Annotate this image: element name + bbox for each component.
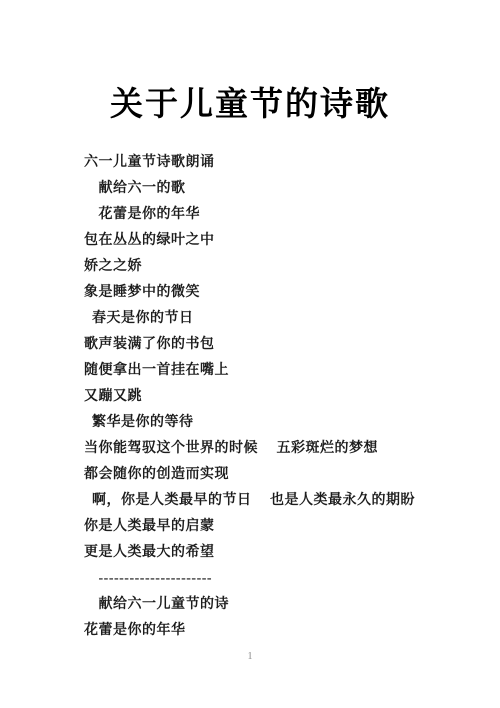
poem-line: 更是人类最大的希望 bbox=[84, 540, 480, 566]
page-title: 关于儿童节的诗歌 bbox=[0, 0, 500, 126]
poem-line: 象是睡梦中的微笑 bbox=[84, 280, 480, 306]
poem-line: 歌声装满了你的书包 bbox=[84, 332, 480, 358]
poem-line: 又蹦又跳 bbox=[84, 384, 480, 410]
page-number: 1 bbox=[0, 650, 500, 664]
poem-line: 娇之之娇 bbox=[84, 254, 480, 280]
poem-line: 献给六一的歌 bbox=[84, 176, 480, 202]
poem-line: 六一儿童节诗歌朗诵 bbox=[84, 150, 480, 176]
poem-line: 啊，你是人类最早的节日 也是人类最永久的期盼 bbox=[84, 488, 480, 514]
poem-line: 包在丛丛的绿叶之中 bbox=[84, 228, 480, 254]
poem-line: 当你能驾驭这个世界的时候 五彩斑烂的梦想 bbox=[84, 436, 480, 462]
poem-line: 繁华是你的等待 bbox=[84, 410, 480, 436]
poem-line: 春天是你的节日 bbox=[84, 306, 480, 332]
poem-line: 花蕾是你的年华 bbox=[84, 202, 480, 228]
poem-separator-dashes: ---------------------- bbox=[84, 566, 480, 592]
poem-line: 你是人类最早的启蒙 bbox=[84, 514, 480, 540]
document-page: 关于儿童节的诗歌 六一儿童节诗歌朗诵 献给六一的歌 花蕾是你的年华 包在丛丛的绿… bbox=[0, 0, 500, 708]
poem-line: 随便拿出一首挂在嘴上 bbox=[84, 358, 480, 384]
poem-line: 都会随你的创造而实现 bbox=[84, 462, 480, 488]
poem-body: 六一儿童节诗歌朗诵 献给六一的歌 花蕾是你的年华 包在丛丛的绿叶之中 娇之之娇 … bbox=[0, 150, 500, 644]
poem-line: 献给六一儿童节的诗 bbox=[84, 592, 480, 618]
poem-line: 花蕾是你的年华 bbox=[84, 618, 480, 644]
